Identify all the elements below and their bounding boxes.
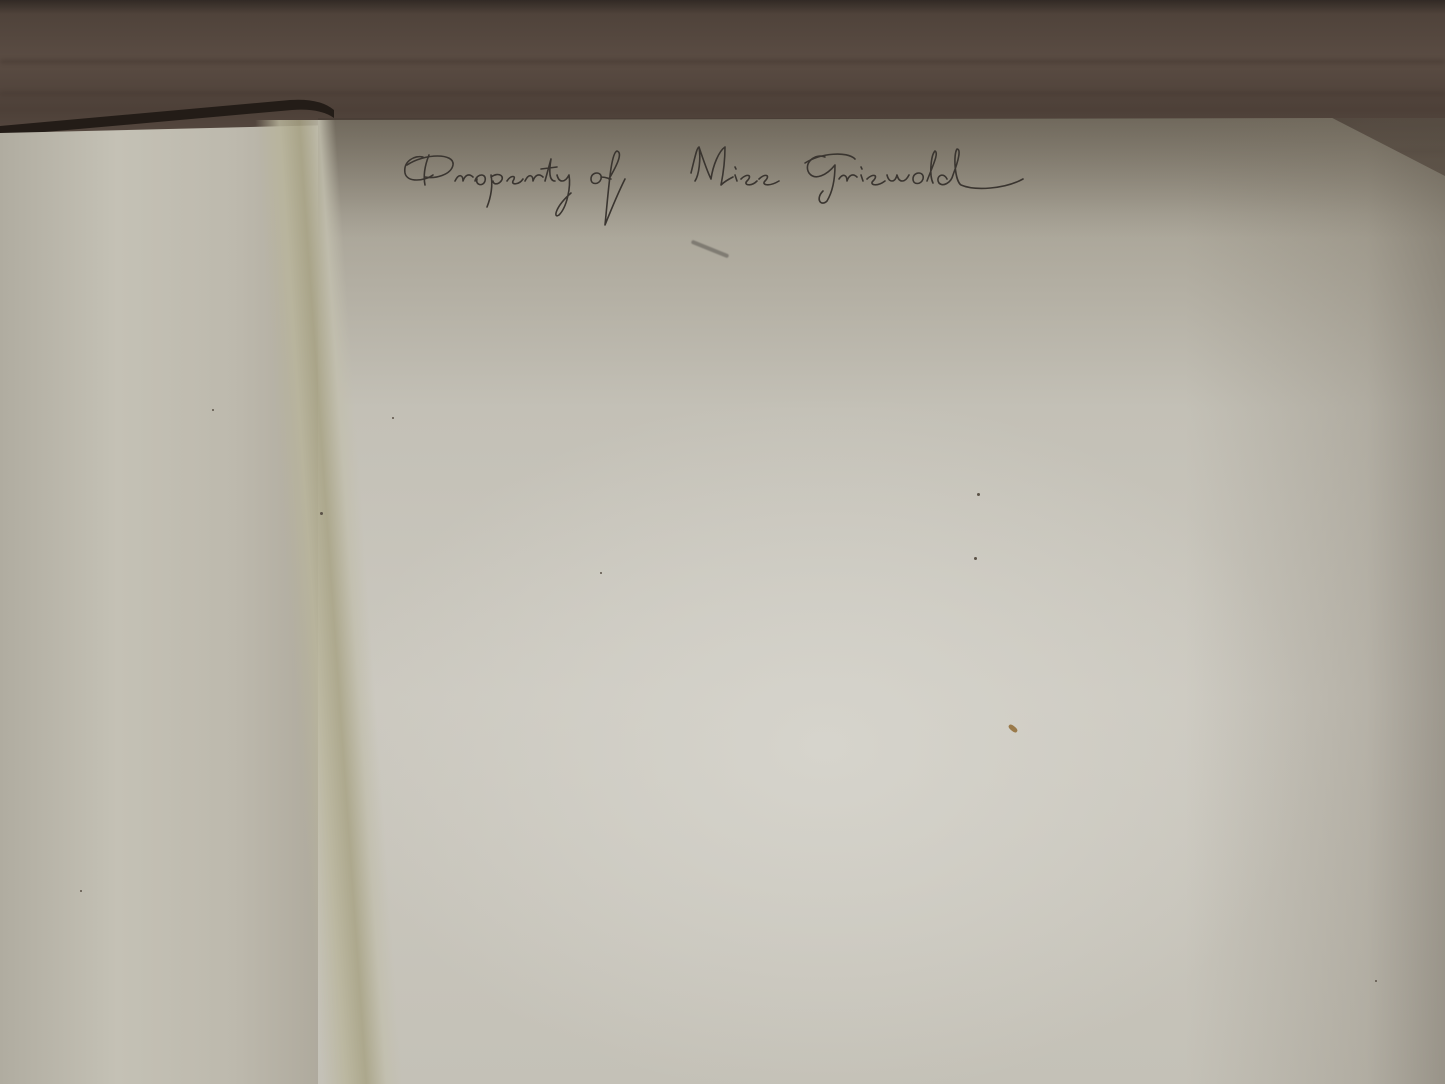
paper-speck [212, 409, 214, 411]
paper-speck [80, 890, 82, 892]
paper-speck [600, 572, 602, 574]
book-photo: Property of Miss Griswold [0, 0, 1445, 1084]
wood-grain [0, 60, 1445, 63]
handwritten-inscription: Property of Miss Griswold [395, 135, 1045, 245]
paper-speck [392, 417, 394, 419]
page-right-shade [1185, 118, 1445, 1084]
wood-grain [0, 92, 1445, 95]
paper-speck [320, 512, 323, 515]
paper-speck [1375, 980, 1377, 982]
paper-speck [974, 557, 977, 560]
inscription-script [395, 135, 1045, 245]
paper-speck [977, 493, 980, 496]
